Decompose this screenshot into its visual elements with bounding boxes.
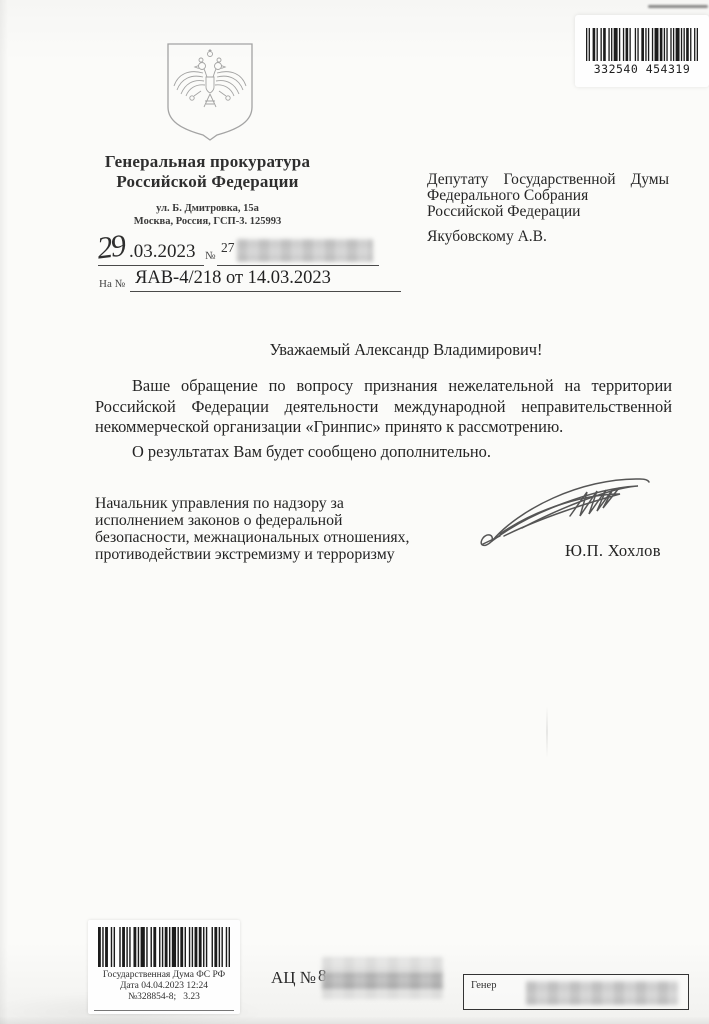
org-title: Генеральная прокуратура Российской Федер…: [55, 152, 360, 191]
barcode-number: 332540 454319: [575, 62, 709, 76]
letter-body: Ваше обращение по вопросу признания неже…: [95, 376, 672, 462]
recipient-name: Якубовскому А.В.: [427, 229, 669, 245]
signer-title-block: Начальник управления по надзору за испол…: [95, 496, 410, 564]
reply-underline: [130, 291, 401, 292]
duma-stamp-line1: Государственная Дума ФС РФ: [88, 970, 240, 981]
signer-title-line2: исполнением законов о федеральной: [95, 513, 410, 530]
org-title-line1: Генеральная прокуратура: [55, 152, 360, 172]
outgoing-number-visible: 27: [221, 240, 235, 256]
prosecutor-box-text: Генер: [471, 980, 496, 991]
recipient-line1: Депутату Государственной Думы: [427, 172, 669, 188]
signer-title-line1: Начальник управления по надзору за: [95, 496, 410, 513]
recipient-block: Депутату Государственной Думы Федерально…: [427, 172, 669, 245]
redaction-blur-box: [526, 981, 678, 1005]
scan-edge-left: [0, 0, 8, 1024]
date-underline: [98, 265, 204, 266]
recipient-line2: Федерального Собрания: [427, 188, 669, 204]
prosecutor-office-box: Генер: [463, 974, 689, 1010]
org-address-line2: Москва, Россия, ГСП-3. 125993: [55, 216, 360, 229]
handwritten-date-day: 29: [95, 229, 126, 263]
signer-name: Ю.П. Хохлов: [565, 541, 661, 561]
pen-scratch-mark: [546, 706, 548, 758]
salutation: Уважаемый Александр Владимирович!: [95, 340, 672, 360]
barcode-icon: [586, 28, 698, 61]
reply-to-number: ЯАВ-4/218 от 14.03.2023: [135, 268, 331, 289]
number-underline: [217, 265, 379, 266]
scan-streak: [648, 5, 708, 8]
stamp-underline: [94, 1010, 234, 1011]
body-paragraph-2: О результатах Вам будет сообщено дополни…: [95, 442, 672, 463]
number-label: №: [205, 250, 216, 262]
typed-date: .03.2023: [129, 241, 196, 263]
body-paragraph-1: Ваше обращение по вопросу признания неже…: [95, 376, 672, 438]
barcode-icon: [98, 927, 230, 967]
duma-stamp-text: Государственная Дума ФС РФ Дата 04.04.20…: [88, 970, 240, 1003]
ac-number-label: АЦ №: [271, 968, 316, 988]
duma-registration-sticker: Государственная Дума ФС РФ Дата 04.04.20…: [88, 920, 240, 1014]
signer-title-line4: противодействии экстремизму и терроризму: [95, 547, 410, 564]
coat-of-arms-icon: [165, 41, 255, 143]
signer-title-line3: безопасности, межнациональных отношениях…: [95, 530, 410, 547]
redaction-blur-ac-number: [322, 957, 443, 999]
duma-stamp-line3: №328854-8; 3.23: [88, 992, 240, 1003]
recipient-line3: Российской Федерации: [427, 204, 669, 220]
scanned-letter-page: 332540 454319 Генеральная прокуратура Ро…: [0, 0, 709, 1024]
redaction-blur-number: [237, 239, 373, 262]
barcode-sticker-top: 332540 454319: [575, 15, 709, 87]
org-address-line1: ул. Б. Дмитровка, 15а: [55, 203, 360, 216]
duma-stamp-line2: Дата 04.04.2023 12:24: [88, 981, 240, 992]
reply-to-label: На №: [99, 278, 125, 290]
org-title-line2: Российской Федерации: [55, 172, 360, 192]
org-address: ул. Б. Дмитровка, 15а Москва, Россия, ГС…: [55, 203, 360, 228]
